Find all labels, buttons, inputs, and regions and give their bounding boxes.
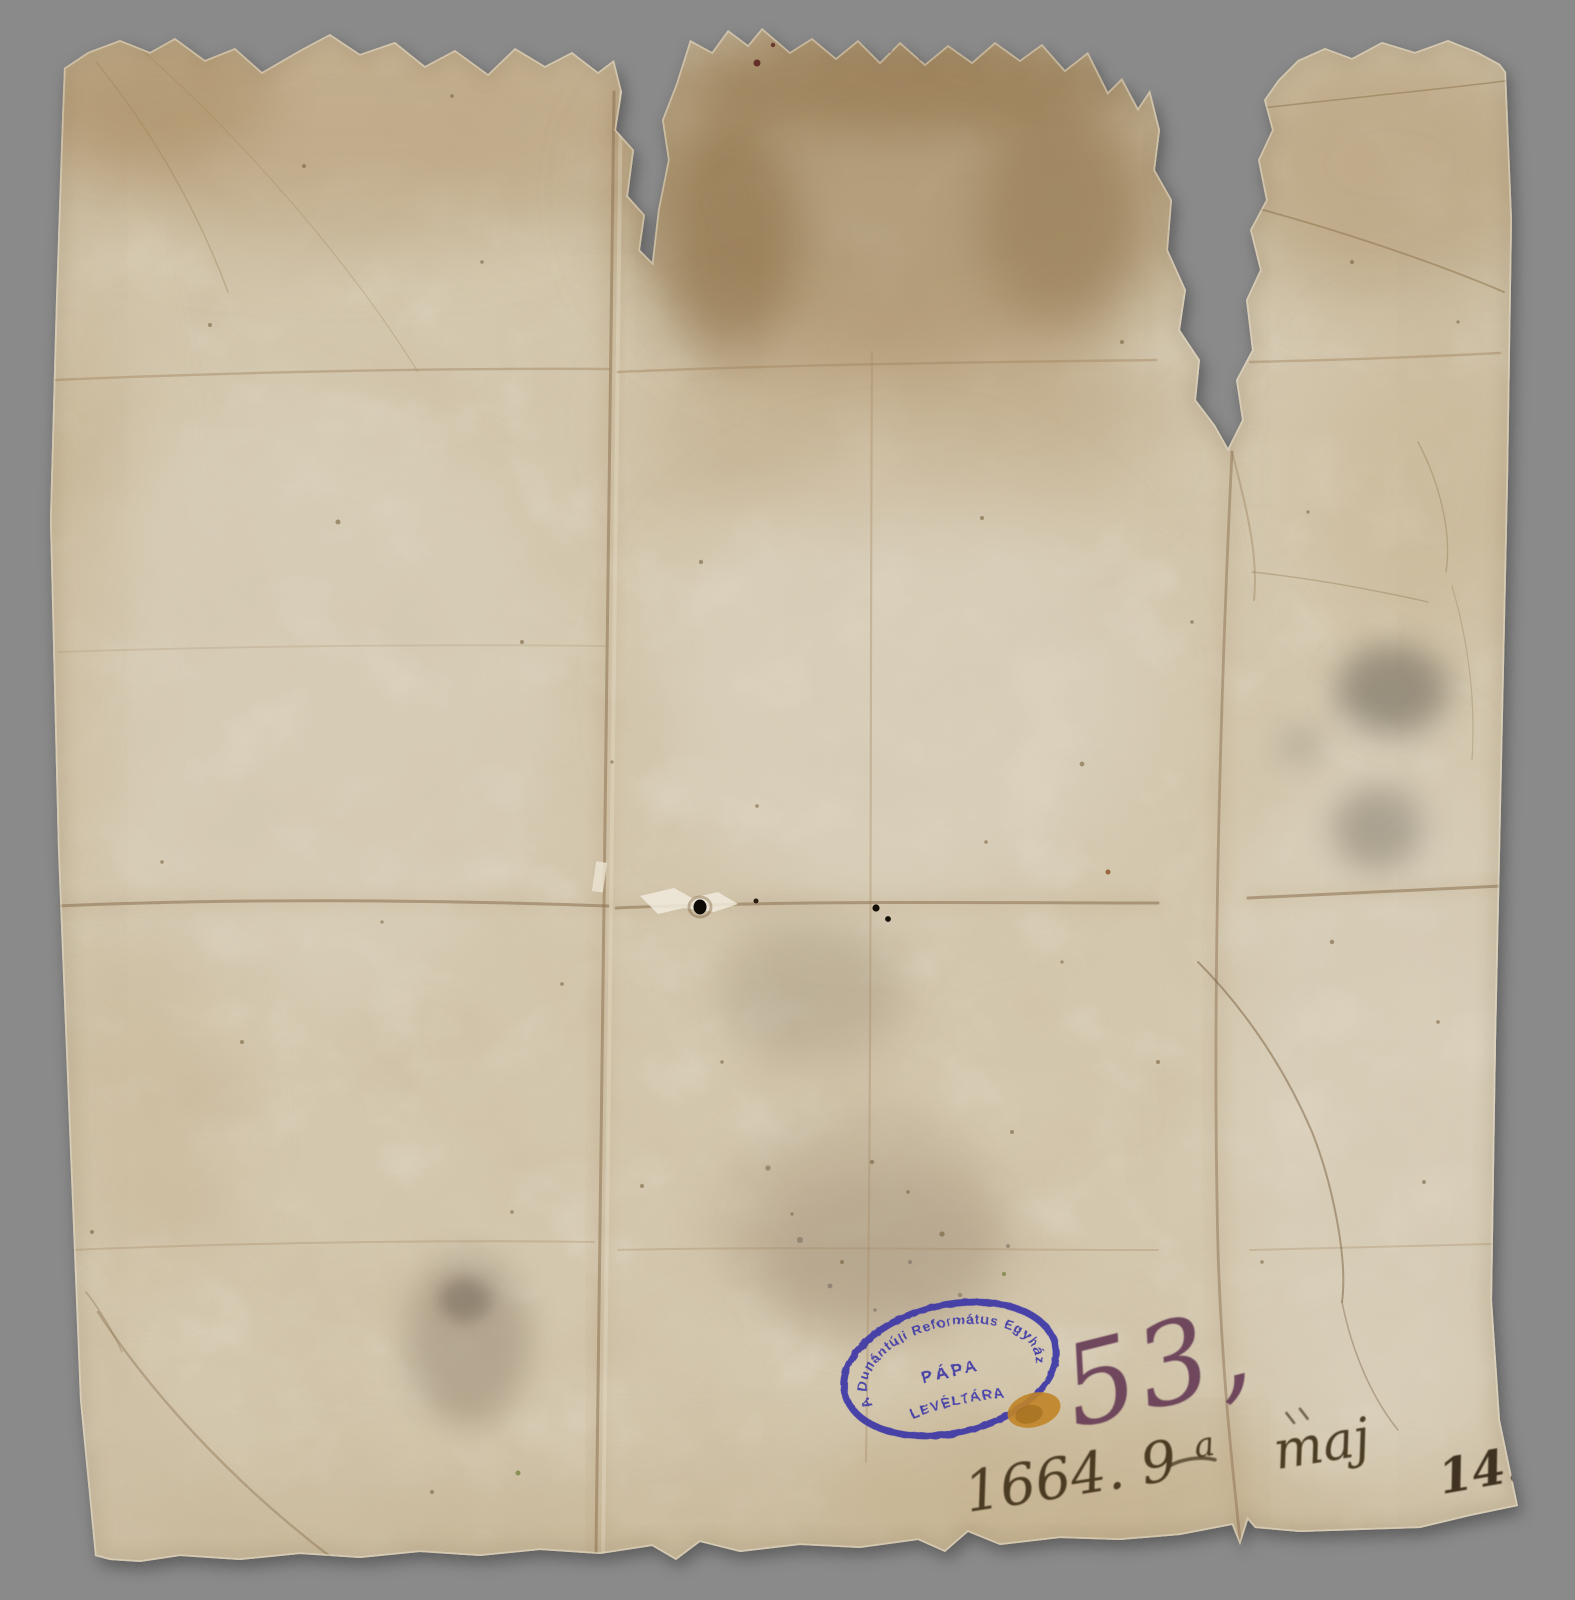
- photo-stage: A Dunántúli Református Egyházkerület PÁP…: [0, 0, 1575, 1600]
- rust-dot: [1106, 870, 1111, 875]
- worm-hole: [872, 904, 879, 911]
- paper-sheet: A Dunántúli Református Egyházkerület PÁP…: [0, 0, 1575, 1600]
- manuscript-photo: A Dunántúli Református Egyházkerület PÁP…: [0, 0, 1575, 1600]
- worm-hole: [885, 916, 891, 922]
- worm-hole: [694, 900, 707, 915]
